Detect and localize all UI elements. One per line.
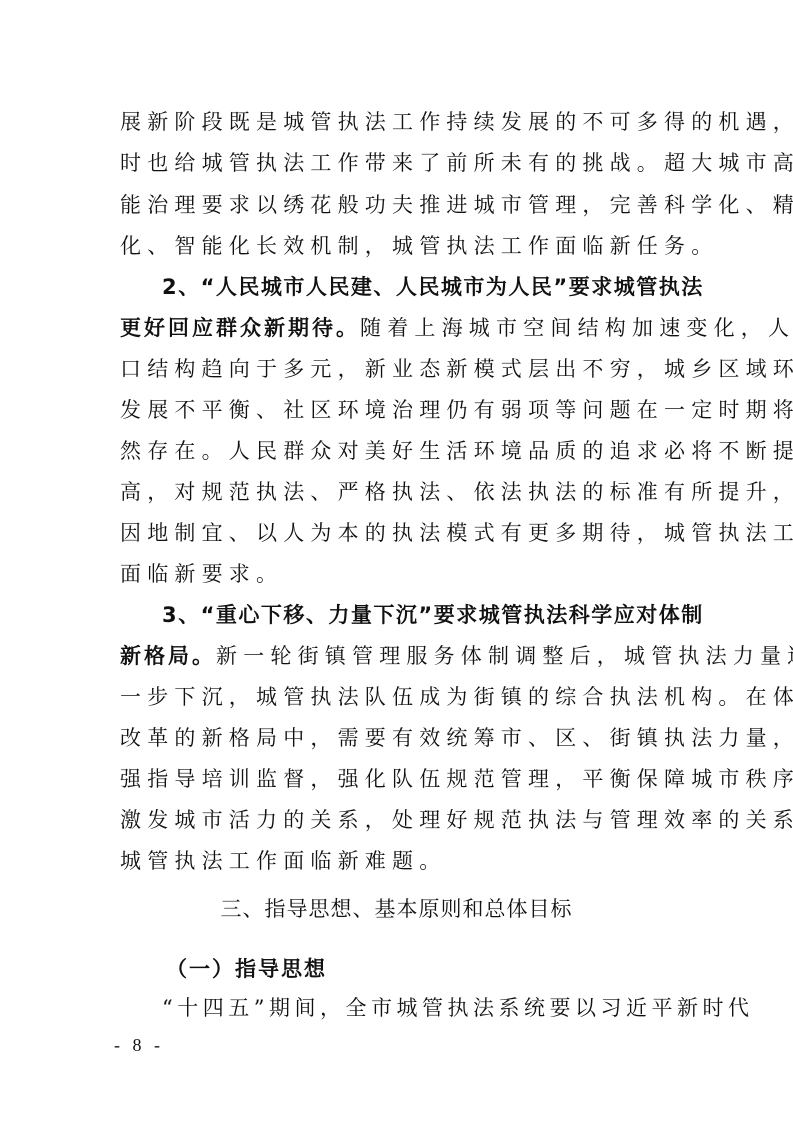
body-text-line: 因地制宜、以人为本的执法模式有更多期待，城管执法工作 — [120, 518, 680, 548]
page-number: - 8 - — [114, 1035, 164, 1056]
body-text-line: 更好回应群众新期待。随着上海城市空间结构加速变化，人 — [120, 313, 680, 343]
body-text-line: 口结构趋向于多元，新业态新模式层出不穷，城乡区域环境 — [120, 354, 680, 384]
body-text-line: 面临新要求。 — [120, 559, 680, 589]
body-text-line: 高，对规范执法、严格执法、依法执法的标准有所提升，对 — [120, 477, 680, 507]
body-text-line: 新格局。新一轮街镇管理服务体制调整后，城管执法力量进 — [120, 641, 680, 671]
body-text-line: 能治理要求以绣花般功夫推进城市管理，完善科学化、精细 — [120, 190, 680, 220]
body-text-line: “十四五”期间，全市城管执法系统要以习近平新时代 — [162, 993, 722, 1023]
body-text-line: 一步下沉，城管执法队伍成为街镇的综合执法机构。在体制 — [120, 682, 680, 712]
body-text-line: 发展不平衡、社区环境治理仍有弱项等问题在一定时期将仍 — [120, 395, 680, 425]
item-heading-2-cont: 更好回应群众新期待。 — [120, 316, 360, 340]
body-text-line: 时也给城管执法工作带来了前所未有的挑战。超大城市高效 — [120, 148, 680, 178]
body-text-line: 强指导培训监督，强化队伍规范管理，平衡保障城市秩序和 — [120, 764, 680, 794]
body-text-line: 激发城市活力的关系，处理好规范执法与管理效率的关系， — [120, 805, 680, 835]
sub-heading: （一）指导思想 — [166, 953, 327, 983]
section-heading: 三、指导思想、基本原则和总体目标 — [0, 893, 793, 923]
body-text-line: 然存在。人民群众对美好生活环境品质的追求必将不断提 — [120, 436, 680, 466]
body-text-line: 改革的新格局中，需要有效统筹市、区、街镇执法力量，加 — [120, 723, 680, 753]
body-text: 新一轮街镇管理服务体制调整后，城管执法力量进 — [216, 644, 793, 668]
item-heading-2: 2、“人民城市人民建、人民城市为人民”要求城管执法 — [162, 272, 722, 302]
body-text-line: 化、智能化长效机制，城管执法工作面临新任务。 — [120, 231, 680, 261]
body-text-line: 展新阶段既是城管执法工作持续发展的不可多得的机遇，同 — [120, 107, 680, 137]
body-text-line: 城管执法工作面临新难题。 — [120, 846, 680, 876]
item-heading-3: 3、“重心下移、力量下沉”要求城管执法科学应对体制 — [162, 600, 722, 630]
body-text: 随着上海城市空间结构加速变化，人 — [360, 316, 793, 340]
item-heading-3-cont: 新格局。 — [120, 644, 216, 668]
